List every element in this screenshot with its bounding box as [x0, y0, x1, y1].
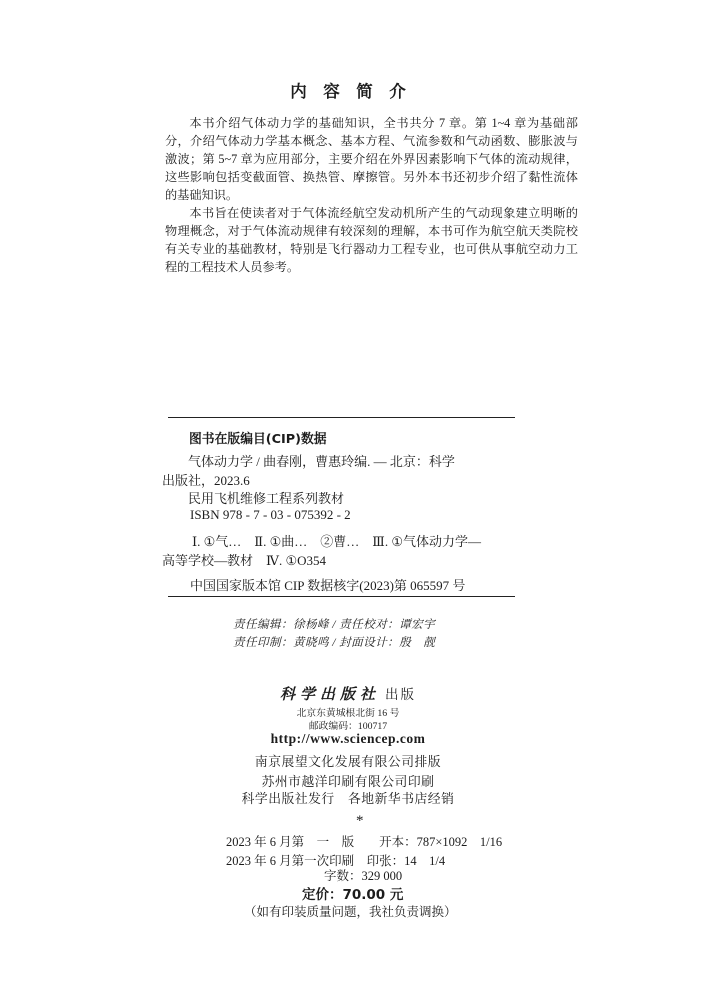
intro-paragraph-2: 本书旨在使读者对于气体流经航空发动机所产生的气动现象建立明晰的物理概念，对于气体…	[165, 204, 578, 276]
edition-line: 2023 年 6 月第 一 版 开本：787×1092 1/16	[226, 832, 502, 850]
credits-line-2: 责任印制：黄晓鸣 / 封面设计：殷 靓	[233, 634, 435, 652]
quality-note: （如有印装质量问题，我社负责调换）	[244, 902, 457, 920]
section-divider-star: *	[356, 813, 364, 830]
cip-series-line: 民用飞机维修工程系列教材	[188, 488, 344, 507]
publisher-logo-line: 科学出版社出版	[165, 683, 531, 704]
cip-publisher-line: 出版社，2023.6	[162, 470, 250, 489]
cip-class-line-2: 高等学校—教材 Ⅳ. ①O354	[162, 550, 326, 569]
intro-paragraph-1: 本书介绍气体动力学的基础知识，全书共分 7 章。第 1~4 章为基础部分，介绍气…	[165, 114, 578, 204]
cip-header: 图书在版编目(CIP)数据	[189, 428, 327, 447]
distributor-line: 科学出版社发行 各地新华书店经销	[165, 788, 531, 807]
credits-line-1: 责任编辑：徐杨峰 / 责任校对：谭宏宇	[233, 616, 435, 634]
cip-class-line-1: Ⅰ. ①气… Ⅱ. ①曲… ②曹… Ⅲ. ①气体动力学—	[192, 531, 481, 550]
cip-record-number: 中国国家版本馆 CIP 数据核字(2023)第 065597 号	[190, 575, 465, 594]
page-title: 内 容 简 介	[165, 82, 531, 102]
price: 定价：70.00 元	[302, 883, 403, 903]
word-count: 字数：329 000	[324, 866, 402, 884]
typesetter-line: 南京展望文化发展有限公司排版	[165, 751, 531, 770]
staff-credits: 责任编辑：徐杨峰 / 责任校对：谭宏宇 责任印制：黄晓鸣 / 封面设计：殷 靓	[233, 616, 435, 652]
cip-title-line: 气体动力学 / 曲春刚，曹惠玲编. — 北京：科学	[188, 451, 455, 470]
content-introduction: 本书介绍气体动力学的基础知识，全书共分 7 章。第 1~4 章为基础部分，介绍气…	[165, 114, 578, 276]
book-copyright-page: 内 容 简 介 本书介绍气体动力学的基础知识，全书共分 7 章。第 1~4 章为…	[0, 0, 720, 1000]
cip-isbn-line: ISBN 978 - 7 - 03 - 075392 - 2	[190, 507, 351, 523]
publisher-suffix: 出版	[385, 687, 416, 702]
cip-top-rule	[168, 417, 515, 418]
cip-bottom-rule	[168, 596, 515, 597]
publisher-url: http://www.sciencep.com	[165, 731, 531, 747]
science-press-logo: 科学出版社	[280, 687, 380, 703]
publisher-postcode: 邮政编码：100717	[165, 718, 531, 732]
